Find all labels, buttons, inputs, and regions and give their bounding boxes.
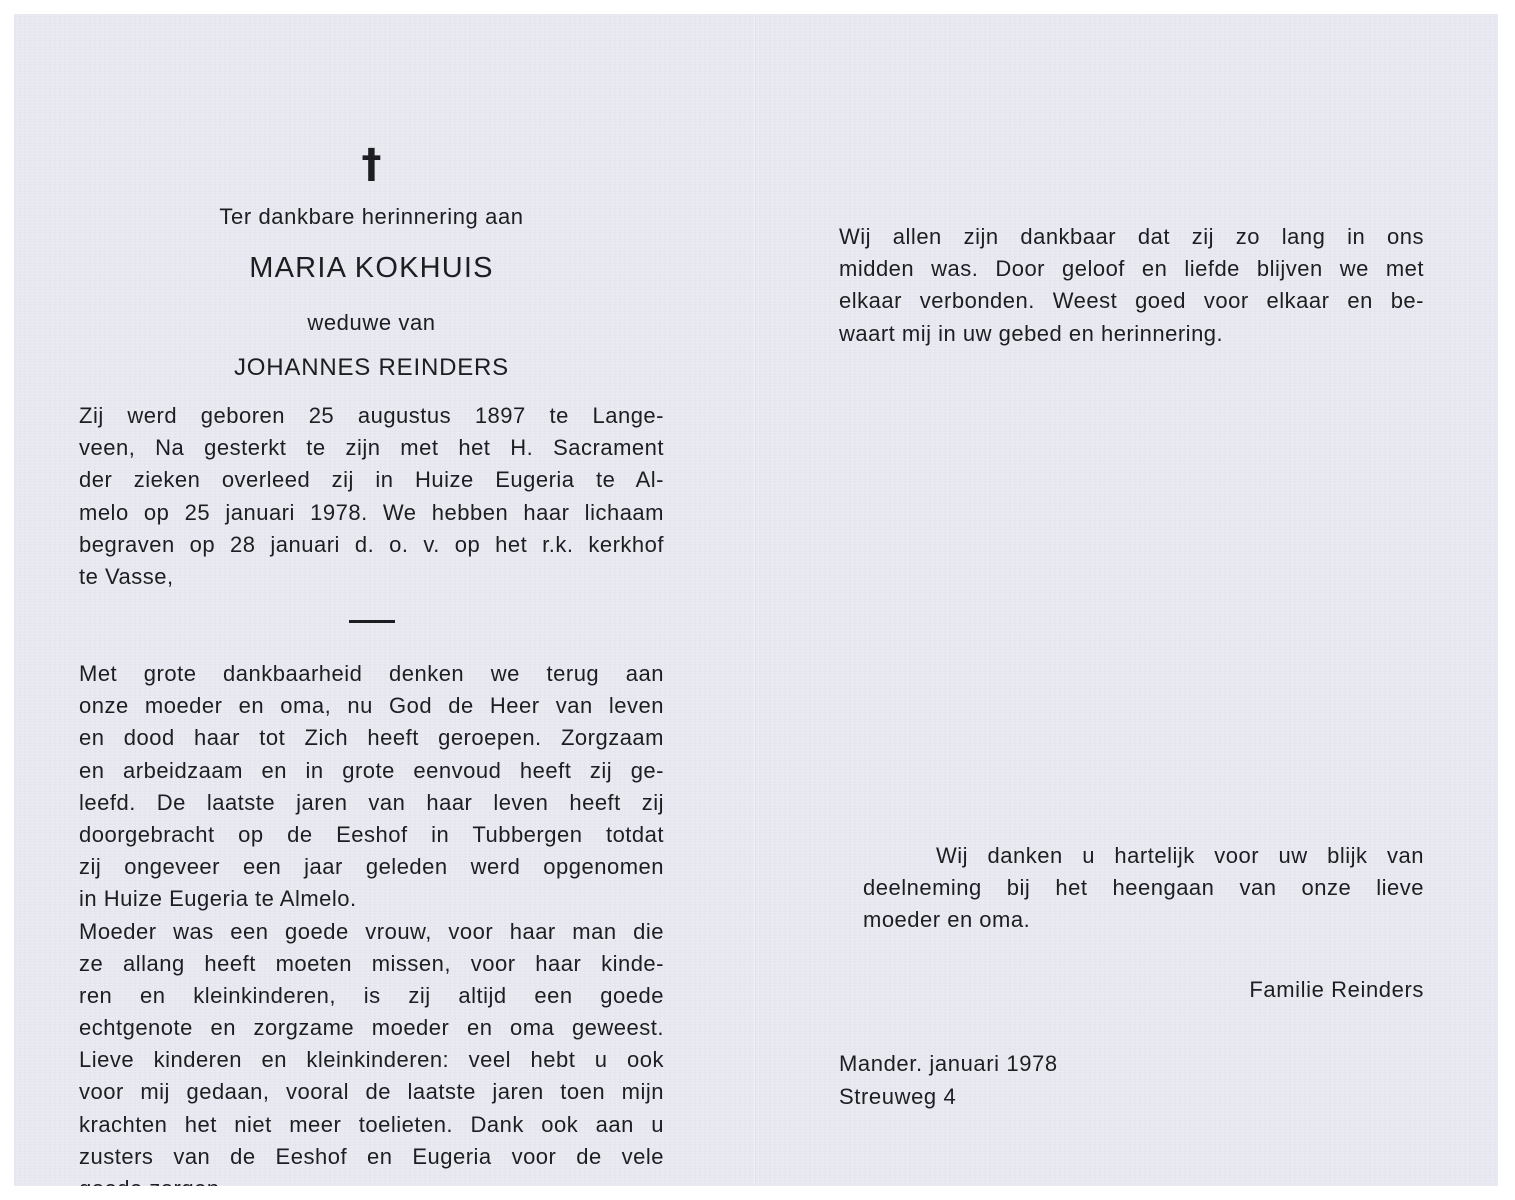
text-line: onze moeder en oma, nu God de Heer van l… [79,690,664,722]
text-line: en dood haar tot Zich heeft geroepen. Zo… [79,722,664,754]
text-line: deelneming bij het heengaan van onze lie… [863,872,1424,904]
thanks-paragraph: Wij danken u hartelijk voor uw blijk van… [863,840,1424,937]
deceased-name: MARIA KOKHUIS [79,252,664,285]
text-line: midden was. Door geloof en liefde blijve… [839,253,1424,285]
wish-paragraph: Wij allen zijn dankbaar dat zij zo lang … [839,221,1424,350]
text-line: Wij danken u hartelijk voor uw blijk van [863,840,1424,872]
text-line: doorgebracht op de Eeshof in Tubbergen t… [79,819,664,851]
text-line: echtgenote en zorgzame moeder en oma gew… [79,1012,664,1044]
husband-name: JOHANNES REINDERS [79,354,664,382]
text-line: en arbeidzaam en in grote eenvoud heeft … [79,755,664,787]
bio-paragraph: Zij werd geboren 25 augustus 1897 te Lan… [79,400,664,593]
card-fold-line [754,14,756,1186]
text-line: ren en kleinkinderen, is zij altijd een … [79,980,664,1012]
intro-text: Ter dankbare herinnering aan [79,204,664,230]
text-line: goede zorgen. [79,1173,664,1186]
place-date: Mander. januari 1978 [839,1051,1058,1077]
text-line: te Vasse, [79,561,664,593]
section-divider [349,620,395,623]
memorial-card: † Ter dankbare herinnering aan MARIA KOK… [14,14,1498,1186]
family-signature: Familie Reinders [1249,977,1424,1003]
text-line: Zij werd geboren 25 augustus 1897 te Lan… [79,400,664,432]
text-line: ze allang heeft moeten missen, voor haar… [79,948,664,980]
text-line: zusters van de Eeshof en Eugeria voor de… [79,1141,664,1173]
text-line: Lieve kinderen en kleinkinderen: veel he… [79,1044,664,1076]
text-line: krachten het niet meer toelieten. Dank o… [79,1109,664,1141]
text-line: begraven op 28 januari d. o. v. op het r… [79,529,664,561]
text-line: Met grote dankbaarheid denken we terug a… [79,658,664,690]
text-line: der zieken overleed zij in Huize Eugeria… [79,464,664,496]
text-line: melo op 25 januari 1978. We hebben haar … [79,497,664,529]
cross-icon: † [79,142,664,186]
street-address: Streuweg 4 [839,1084,956,1110]
text-line: voor mij gedaan, vooral de laatste jaren… [79,1076,664,1108]
text-line: zij ongeveer een jaar geleden werd opgen… [79,851,664,883]
text-line: moeder en oma. [863,904,1424,936]
text-line: Moeder was een goede vrouw, voor haar ma… [79,916,664,948]
text-line: elkaar verbonden. Weest goed voor elkaar… [839,285,1424,317]
text-line: Wij allen zijn dankbaar dat zij zo lang … [839,221,1424,253]
text-line: veen, Na gesterkt te zijn met het H. Sac… [79,432,664,464]
text-line: in Huize Eugeria te Almelo. [79,883,664,915]
text-line: leefd. De laatste jaren van haar leven h… [79,787,664,819]
memory-paragraph: Met grote dankbaarheid denken we terug a… [79,658,664,1186]
text-line: waart mij in uw gebed en herinnering. [839,318,1424,350]
widow-of-text: weduwe van [79,310,664,336]
